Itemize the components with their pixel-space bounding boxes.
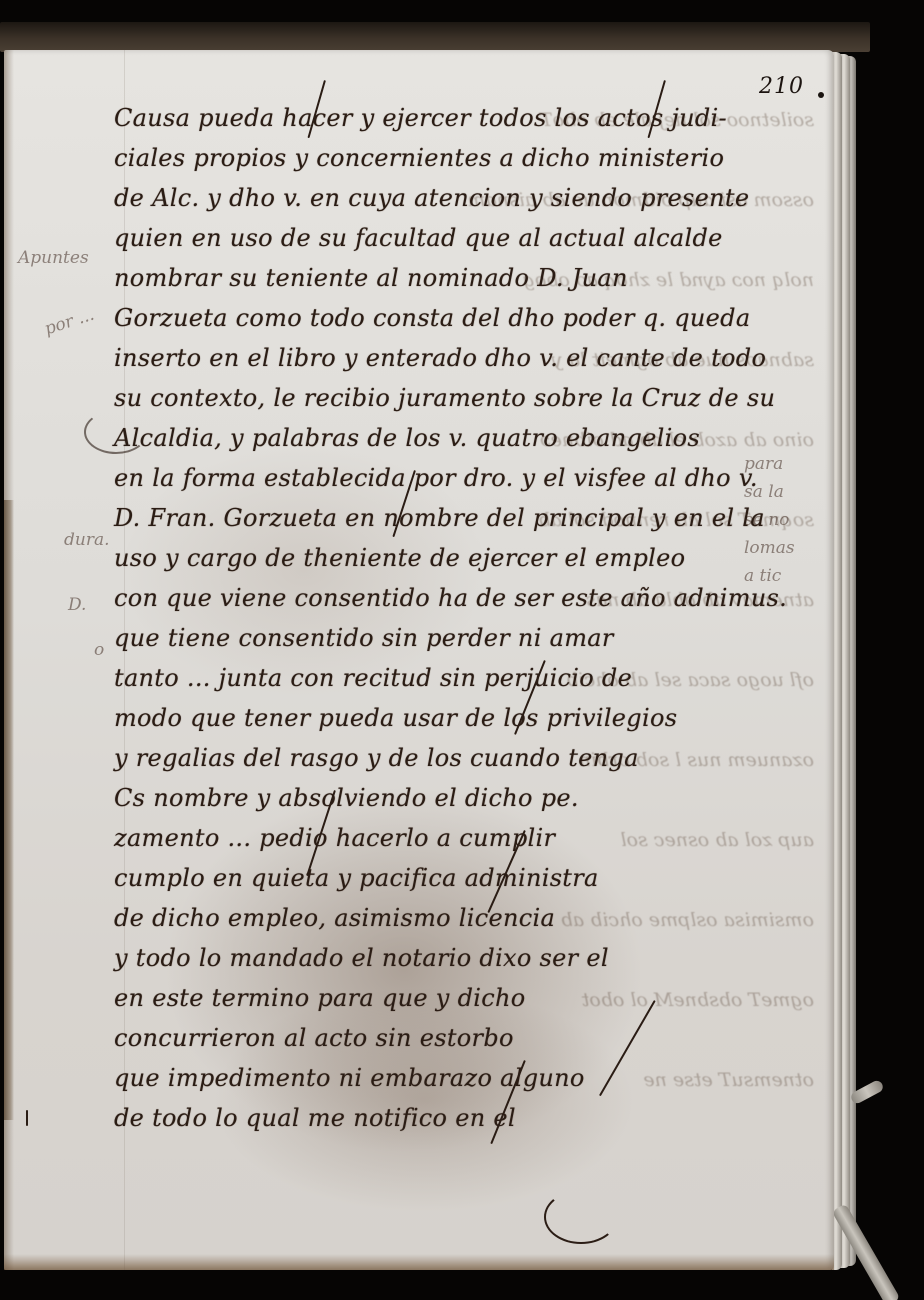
folio-number: 210 xyxy=(759,74,804,99)
left-margin-note: dura. xyxy=(64,530,110,550)
text-line: D. Fran. Gorzueta en nombre del principa… xyxy=(114,498,754,538)
text-line: de todo lo qual me notifico en el xyxy=(114,1098,754,1138)
text-line: en la forma establecida por dro. y el vi… xyxy=(114,458,754,498)
text-line: modo que tener pueda usar de los privile… xyxy=(114,698,754,738)
text-line: de dicho empleo, asimismo licencia xyxy=(114,898,754,938)
manuscript-page: soiletnoo sol nej ale eb oboT ossom asi … xyxy=(4,50,834,1270)
text-line: y todo lo mandado el notario dixo ser el xyxy=(114,938,754,978)
text-line: de Alc. y dho v. en cuya atencion y sien… xyxy=(114,178,754,218)
pen-stroke xyxy=(26,1110,28,1126)
text-line: nombrar su teniente al nominado D. Juan xyxy=(114,258,754,298)
signature-flourish xyxy=(544,1190,618,1244)
scanned-manuscript-scene: soiletnoo sol nej ale eb oboT ossom asi … xyxy=(0,0,924,1300)
manuscript-text: Causa pueda hacer y ejercer todos los ac… xyxy=(114,98,754,1138)
text-line: en este termino para que y dicho xyxy=(114,978,754,1018)
left-margin-note: D. xyxy=(68,595,86,615)
text-line: Alcaldia, y palabras de los v. quatro eb… xyxy=(114,418,754,458)
left-margin-note: Apuntes xyxy=(18,248,89,268)
text-line: que impedimento ni embarazo alguno xyxy=(114,1058,754,1098)
book-binding-edge xyxy=(0,22,870,52)
text-line: ciales propios y concernientes a dicho m… xyxy=(114,138,754,178)
page-bottom-stain xyxy=(4,1254,834,1270)
text-line: uso y cargo de theniente de ejercer el e… xyxy=(114,538,754,578)
text-line: tanto ... junta con recitud sin perjuici… xyxy=(114,658,754,698)
text-line: Gorzueta como todo consta del dho poder … xyxy=(114,298,754,338)
margin-flourish xyxy=(84,410,148,454)
text-line: quien en uso de su facultad que al actua… xyxy=(114,218,754,258)
text-line: y regalias del rasgo y de los cuando ten… xyxy=(114,738,754,778)
text-line: Cs nombre y absolviendo el dicho pe. xyxy=(114,778,754,818)
gutter-strip xyxy=(4,500,14,1120)
left-margin-note: o xyxy=(94,640,104,660)
ink-dot xyxy=(818,92,824,98)
text-line: con que viene consentido ha de ser este … xyxy=(114,578,754,618)
text-line: cumplo en quieta y pacifica administra xyxy=(114,858,754,898)
text-line: concurrieron al acto sin estorbo xyxy=(114,1018,754,1058)
text-line: su contexto, le recibio juramento sobre … xyxy=(114,378,754,418)
text-line: que tiene consentido sin perder ni amar xyxy=(114,618,754,658)
text-line: inserto en el libro y enterado dho v. el… xyxy=(114,338,754,378)
text-line: zamento ... pedio hacerlo a cumplir xyxy=(114,818,754,858)
